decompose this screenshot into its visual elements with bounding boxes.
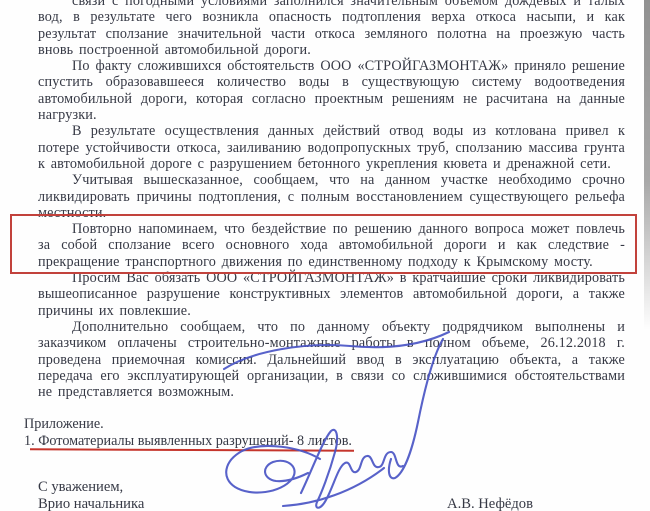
- closing-salutation-block: С уважением, Врио начальника: [38, 479, 144, 511]
- letter-body: связи с погодными условиями заполнился з…: [0, 0, 650, 400]
- signer-position: Врио начальника: [38, 496, 144, 511]
- paragraph-repeated-warning-crimean-bridge: Повторно напоминаем, что бездействие по …: [38, 221, 625, 270]
- attachment-item-number: 1.: [24, 433, 38, 449]
- closing-salutation: С уважением,: [38, 479, 144, 496]
- attachment-title: Приложение.: [24, 416, 650, 432]
- paragraph-stroygazmontazh-decision: По факту сложившихся обстоятельств ООО «…: [38, 58, 625, 123]
- paragraph-additional-info: Дополнительно сообщаем, что по данному о…: [38, 319, 625, 400]
- paragraph-request-obligate: Просим Вас обязать ООО «СТРОЙГАЗМОНТАЖ» …: [38, 270, 625, 319]
- highlighted-paragraph-wrap: Повторно напоминаем, что бездействие по …: [38, 221, 625, 270]
- attachment-item-text-red-underlined: Фотоматериалы выявленных разрушений- 8 л…: [38, 433, 352, 449]
- closing-block: С уважением, Врио начальника А.В. Нефёдо…: [38, 479, 625, 511]
- signer-name: А.В. Нефёдов: [447, 496, 625, 511]
- paragraph-urgent-elimination: Учитывая вышесказанное, сообщаем, что на…: [38, 172, 625, 221]
- scanned-letter-page: связи с погодными условиями заполнился з…: [0, 0, 650, 511]
- paragraph-consequences: В результате осуществления данных действ…: [38, 123, 625, 172]
- attachment-item: 1. Фотоматериалы выявленных разрушений- …: [24, 433, 650, 449]
- attachment-block: Приложение. 1. Фотоматериалы выявленных …: [24, 416, 650, 449]
- paragraph-flooding-result: связи с погодными условиями заполнился з…: [38, 0, 625, 58]
